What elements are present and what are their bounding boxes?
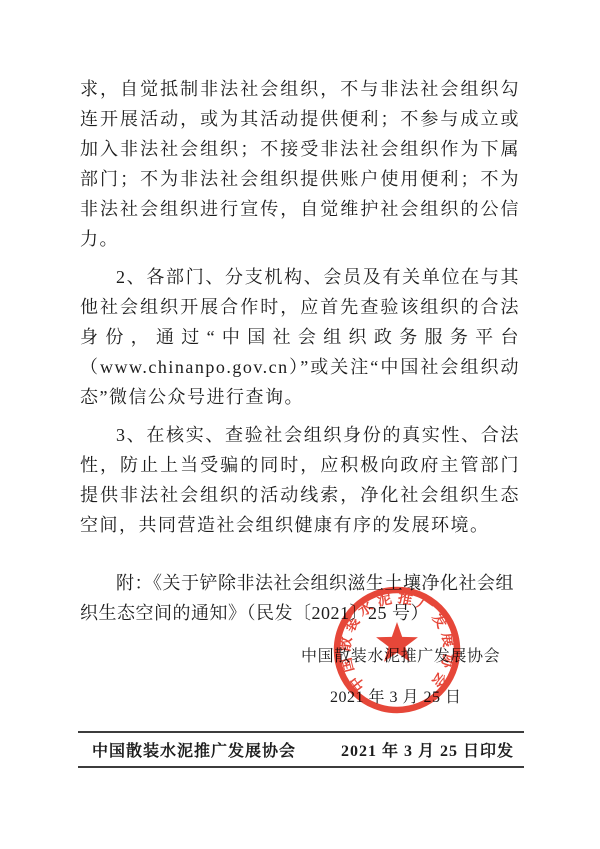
official-seal: 中国散装水泥推广发展协会 — [325, 578, 469, 722]
star-icon — [376, 622, 418, 662]
document-footer: 中国散装水泥推广发展协会 2021 年 3 月 25 日印发 — [78, 731, 524, 768]
footer-print-date: 2021 年 3 月 25 日印发 — [341, 738, 514, 761]
paragraph-continuation: 求，自觉抵制非法社会组织，不与非法社会组织勾连开展活动，或为其活动提供便利；不参… — [80, 74, 520, 254]
document-page: 求，自觉抵制非法社会组织，不与非法社会组织勾连开展活动，或为其活动提供便利；不参… — [0, 0, 600, 849]
paragraph-item-3: 3、在核实、查验社会组织身份的真实性、合法性，防止上当受骗的同时，应积极向政府主… — [80, 420, 520, 540]
paragraph-item-2: 2、各部门、分支机构、会员及有关单位在与其他社会组织开展合作时，应首先查验该组织… — [80, 262, 520, 412]
footer-row: 中国散装水泥推广发展协会 2021 年 3 月 25 日印发 — [78, 733, 524, 766]
footer-rule-bottom — [78, 766, 524, 768]
document-body: 求，自觉抵制非法社会组织，不与非法社会组织勾连开展活动，或为其活动提供便利；不参… — [80, 74, 520, 636]
footer-organization: 中国散装水泥推广发展协会 — [92, 738, 296, 761]
